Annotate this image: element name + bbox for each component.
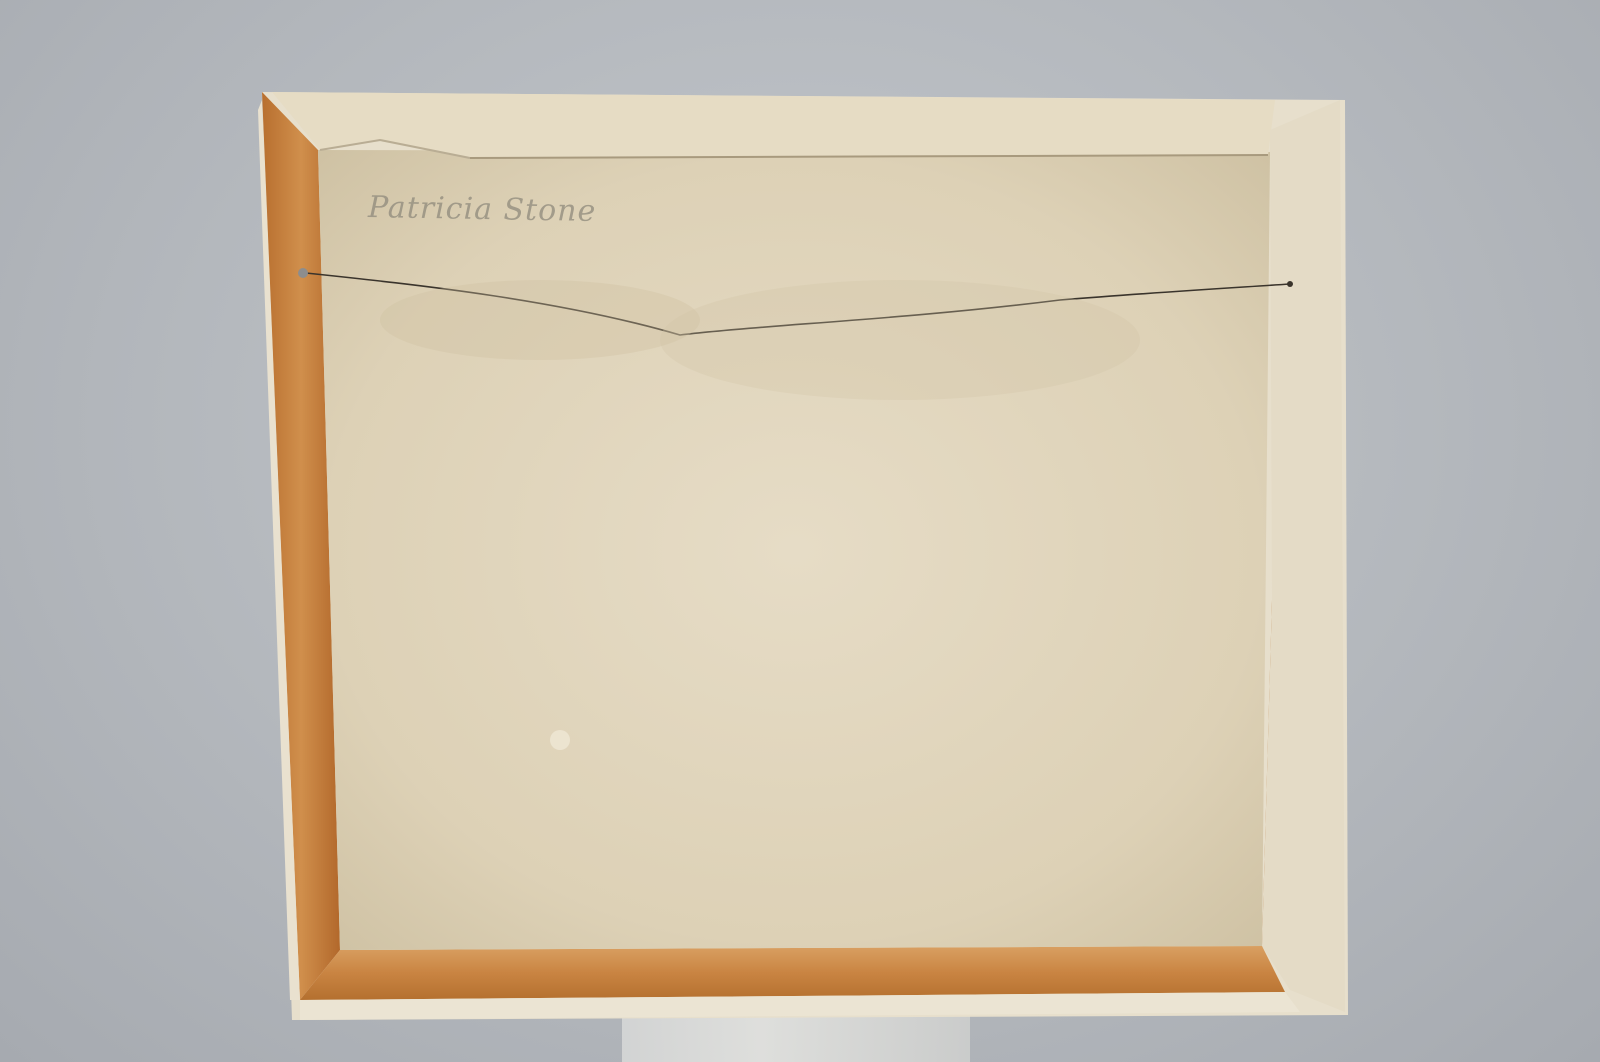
stretcher-bottom — [300, 946, 1285, 1000]
pencil-signature: Patricia Stone — [368, 190, 597, 229]
right-fold — [1262, 100, 1345, 1012]
canvas-surface — [318, 150, 1270, 950]
canvas-illustration — [0, 0, 1600, 1062]
canvas-back — [0, 0, 1600, 1062]
